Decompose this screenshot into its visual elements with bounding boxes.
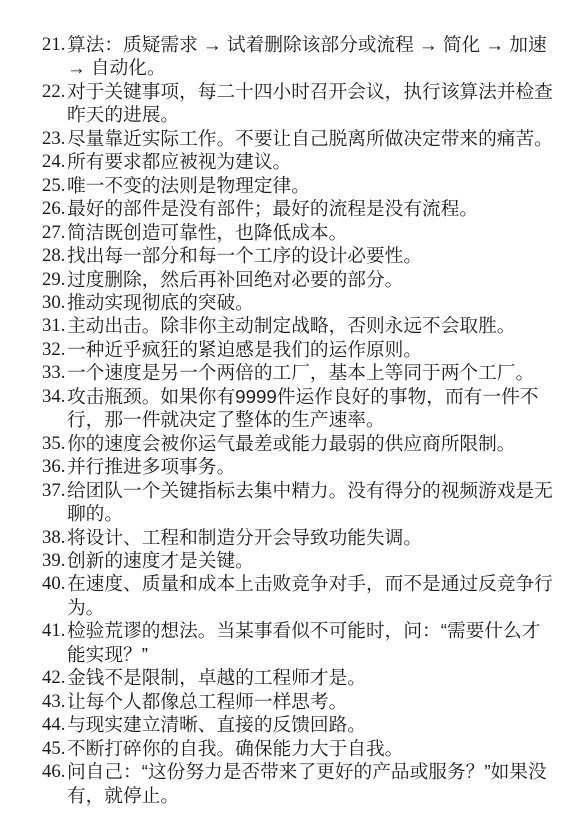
numbered-list: 21. 算法：质疑需求 → 试着删除该部分或流程 → 简化 → 加速 → 自动化… <box>0 0 576 807</box>
item-text: 找出每一部分和每一个工序的设计必要性。 <box>67 244 554 267</box>
list-item: 43. 让每个人都像总工程师一样思考。 <box>42 690 554 713</box>
item-text: 算法：质疑需求 → 试着删除该部分或流程 → 简化 → 加速 → 自动化。 <box>67 33 554 80</box>
item-number: 43. <box>42 690 67 713</box>
item-number: 24. <box>42 150 67 173</box>
item-number: 34. <box>42 385 67 408</box>
item-text: 不断打碎你的自我。确保能力大于自我。 <box>67 737 554 760</box>
list-item: 32. 一种近乎疯狂的紧迫感是我们的运作原则。 <box>42 338 554 361</box>
list-item: 42. 金钱不是限制，卓越的工程师才是。 <box>42 666 554 689</box>
item-number: 46. <box>42 760 67 783</box>
item-text: 一种近乎疯狂的紧迫感是我们的运作原则。 <box>67 338 554 361</box>
item-number: 35. <box>42 432 67 455</box>
item-text: 所有要求都应被视为建议。 <box>67 150 554 173</box>
list-item: 30. 推动实现彻底的突破。 <box>42 291 554 314</box>
item-number: 45. <box>42 737 67 760</box>
item-text: 在速度、质量和成本上击败竞争对手，而不是通过反竞争行为。 <box>67 572 554 619</box>
item-number: 22. <box>42 80 67 103</box>
item-text: 对于关键事项，每二十四小时召开会议，执行该算法并检查昨天的进展。 <box>67 80 554 127</box>
item-number: 23. <box>42 127 67 150</box>
item-text: 简洁既创造可靠性，也降低成本。 <box>67 221 554 244</box>
item-number: 36. <box>42 455 67 478</box>
list-item: 25. 唯一不变的法则是物理定律。 <box>42 174 554 197</box>
item-text: 让每个人都像总工程师一样思考。 <box>67 690 554 713</box>
item-text: 给团队一个关键指标去集中精力。没有得分的视频游戏是无聊的。 <box>67 479 554 526</box>
list-item: 44. 与现实建立清晰、直接的反馈回路。 <box>42 713 554 736</box>
item-text: 主动出击。除非你主动制定战略，否则永远不会取胜。 <box>67 314 554 337</box>
item-number: 21. <box>42 33 67 56</box>
item-number: 41. <box>42 619 67 642</box>
list-item: 29. 过度删除，然后再补回绝对必要的部分。 <box>42 268 554 291</box>
item-text: 与现实建立清晰、直接的反馈回路。 <box>67 713 554 736</box>
list-item: 31. 主动出击。除非你主动制定战略，否则永远不会取胜。 <box>42 314 554 337</box>
item-number: 32. <box>42 338 67 361</box>
item-number: 26. <box>42 197 67 220</box>
document-page: 21. 算法：质疑需求 → 试着删除该部分或流程 → 简化 → 加速 → 自动化… <box>0 0 576 813</box>
item-text: 唯一不变的法则是物理定律。 <box>67 174 554 197</box>
item-number: 27. <box>42 221 67 244</box>
list-item: 45. 不断打碎你的自我。确保能力大于自我。 <box>42 737 554 760</box>
list-item: 26. 最好的部件是没有部件；最好的流程是没有流程。 <box>42 197 554 220</box>
list-item: 35. 你的速度会被你运气最差或能力最弱的供应商所限制。 <box>42 432 554 455</box>
item-text: 检验荒谬的想法。当某事看似不可能时，问：“需要什么才能实现？” <box>67 619 554 666</box>
item-number: 39. <box>42 549 67 572</box>
item-text: 金钱不是限制，卓越的工程师才是。 <box>67 666 554 689</box>
item-text: 一个速度是另一个两倍的工厂，基本上等同于两个工厂。 <box>67 361 554 384</box>
item-number: 30. <box>42 291 67 314</box>
item-text: 将设计、工程和制造分开会导致功能失调。 <box>67 526 554 549</box>
list-item: 23. 尽量靠近实际工作。不要让自己脱离所做决定带来的痛苦。 <box>42 127 554 150</box>
list-item: 24. 所有要求都应被视为建议。 <box>42 150 554 173</box>
list-item: 28. 找出每一部分和每一个工序的设计必要性。 <box>42 244 554 267</box>
item-number: 31. <box>42 314 67 337</box>
item-text: 并行推进多项事务。 <box>67 455 554 478</box>
list-item: 40. 在速度、质量和成本上击败竞争对手，而不是通过反竞争行为。 <box>42 572 554 619</box>
list-item: 22. 对于关键事项，每二十四小时召开会议，执行该算法并检查昨天的进展。 <box>42 80 554 127</box>
item-text: 最好的部件是没有部件；最好的流程是没有流程。 <box>67 197 554 220</box>
item-text: 尽量靠近实际工作。不要让自己脱离所做决定带来的痛苦。 <box>67 127 554 150</box>
item-number: 33. <box>42 361 67 384</box>
list-item: 46. 问自己：“这份努力是否带来了更好的产品或服务？”如果没有，就停止。 <box>42 760 554 807</box>
item-number: 25. <box>42 174 67 197</box>
list-item: 37. 给团队一个关键指标去集中精力。没有得分的视频游戏是无聊的。 <box>42 479 554 526</box>
item-number: 37. <box>42 479 67 502</box>
list-item: 21. 算法：质疑需求 → 试着删除该部分或流程 → 简化 → 加速 → 自动化… <box>42 33 554 80</box>
list-item: 34. 攻击瓶颈。如果你有9999件运作良好的事物，而有一件不行，那一件就决定了… <box>42 385 554 432</box>
list-item: 38. 将设计、工程和制造分开会导致功能失调。 <box>42 526 554 549</box>
list-item: 41. 检验荒谬的想法。当某事看似不可能时，问：“需要什么才能实现？” <box>42 619 554 666</box>
list-item: 27. 简洁既创造可靠性，也降低成本。 <box>42 221 554 244</box>
list-item: 33. 一个速度是另一个两倍的工厂，基本上等同于两个工厂。 <box>42 361 554 384</box>
item-text: 过度删除，然后再补回绝对必要的部分。 <box>67 268 554 291</box>
list-item: 36. 并行推进多项事务。 <box>42 455 554 478</box>
item-text: 攻击瓶颈。如果你有9999件运作良好的事物，而有一件不行，那一件就决定了整体的生… <box>67 385 554 432</box>
item-number: 29. <box>42 268 67 291</box>
item-number: 42. <box>42 666 67 689</box>
list-item: 39. 创新的速度才是关键。 <box>42 549 554 572</box>
item-number: 40. <box>42 572 67 595</box>
item-number: 44. <box>42 713 67 736</box>
item-number: 28. <box>42 244 67 267</box>
item-number: 38. <box>42 526 67 549</box>
item-text: 你的速度会被你运气最差或能力最弱的供应商所限制。 <box>67 432 554 455</box>
item-text: 推动实现彻底的突破。 <box>67 291 554 314</box>
item-text: 创新的速度才是关键。 <box>67 549 554 572</box>
item-text: 问自己：“这份努力是否带来了更好的产品或服务？”如果没有，就停止。 <box>67 760 554 807</box>
